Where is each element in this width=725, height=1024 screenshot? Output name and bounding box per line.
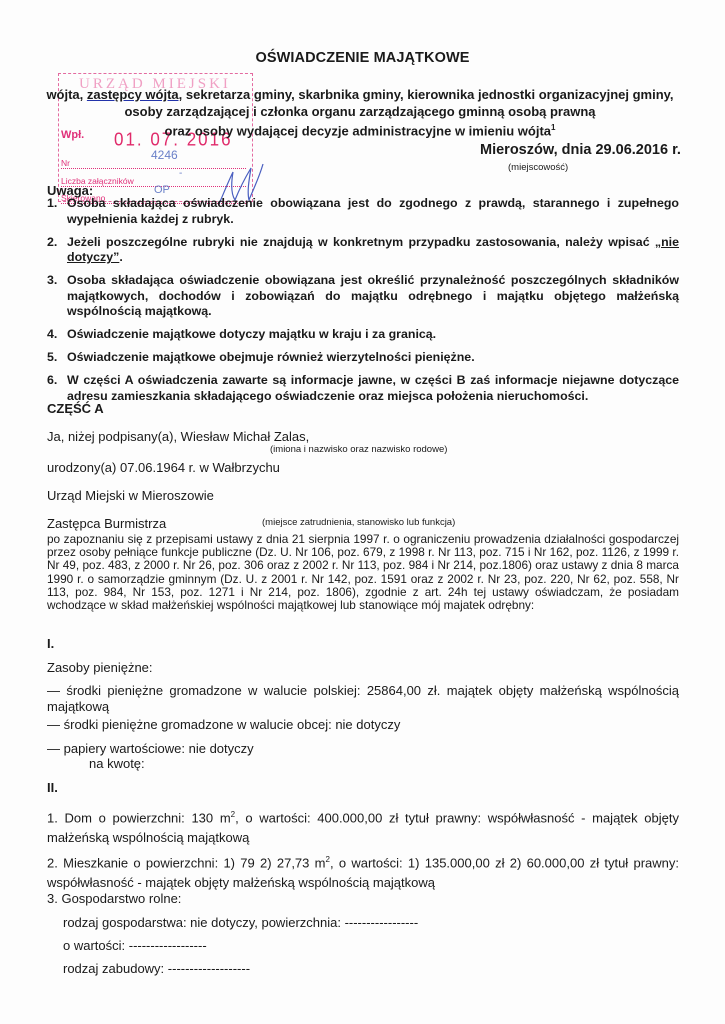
farm-type: rodzaj gospodarstwa: nie dotyczy, powier… — [63, 915, 418, 930]
note-text: Oświadczenie majątkowe obejmuje również … — [67, 350, 679, 366]
notes-list: 1. Osoba składająca oświadczenie obowiąz… — [47, 196, 679, 412]
amount-label: na kwotę: — [89, 756, 145, 771]
part-a-heading: CZĘŚĆ A — [47, 401, 104, 416]
place-date: Mieroszów, dnia 29.06.2016 r. — [480, 142, 681, 158]
position-caption: (miejsce zatrudnienia, stanowisko lub fu… — [262, 517, 455, 528]
section-1-heading: Zasoby pieniężne: — [47, 660, 153, 675]
section-2-numeral: II. — [47, 780, 58, 795]
document-page: URZĄD MIEJSKI Wpł. 01. 07. 2016 Nr 4246 … — [0, 0, 725, 1024]
subtitle-line-2: osoby zarządzającej i członka organu zar… — [40, 104, 680, 121]
place-caption: (miejscowość) — [508, 162, 568, 173]
farm-value: o wartości: ------------------ — [63, 938, 207, 953]
stamp-nr-value: 4246 — [151, 148, 178, 162]
stamp-attachments-value: - — [179, 168, 182, 179]
workplace: Urząd Miejski w Mieroszowie — [47, 488, 214, 503]
note-text: W części A oświadczenia zawarte są infor… — [67, 373, 679, 404]
subtitle-text: sekretarza gminy, skarbnika gminy, kiero… — [182, 87, 673, 102]
note-number: 6. — [47, 373, 67, 404]
note-text: Oświadczenie majątkowe dotyczy majątku w… — [67, 327, 679, 343]
note-text: Jeżeli poszczególne rubryki nie znajdują… — [67, 235, 679, 266]
declarant-line: Ja, niżej podpisany(a), Wiesław Michał Z… — [47, 429, 309, 444]
note-number: 1. — [47, 196, 67, 227]
note-text: Osoba składająca oświadczenie obowiązana… — [67, 273, 679, 320]
note-item: 3. Osoba składająca oświadczenie obowiąz… — [47, 273, 679, 320]
declarant-caption: (imiona i nazwisko oraz nazwisko rodowe) — [270, 444, 447, 455]
pln-funds-item: — środki pieniężne gromadzone w walucie … — [47, 683, 679, 715]
note-text-part: Jeżeli poszczególne rubryki nie znajdują… — [67, 235, 655, 249]
stamp-directed-value: OP — [154, 184, 170, 196]
section-1-numeral: I. — [47, 636, 54, 651]
note-text-part: . — [119, 250, 122, 264]
note-number: 3. — [47, 273, 67, 320]
house-text: 1. Dom o powierzchni: 130 m — [47, 810, 231, 825]
farm-buildings: rodzaj zabudowy: ------------------- — [63, 961, 250, 976]
law-reference-text: po zapoznaniu się z przepisami ustawy z … — [47, 533, 679, 612]
stamp-nr-label: Nr — [61, 158, 70, 168]
subtitle-text: wójta, — [46, 87, 86, 102]
securities-item: — papiery wartościowe: nie dotyczy — [47, 741, 254, 756]
note-number: 5. — [47, 350, 67, 366]
apartment-text: 2. Mieszkanie o powierzchni: 1) 79 2) 27… — [47, 855, 326, 870]
note-item: 2. Jeżeli poszczególne rubryki nie znajd… — [47, 235, 679, 266]
birth-line: urodzony(a) 07.06.1964 r. w Wałbrzychu — [47, 460, 280, 475]
subtitle-line-1: wójta, zastępcy wójta, sekretarza gminy,… — [40, 87, 680, 104]
note-item: 5. Oświadczenie majątkowe obejmuje równi… — [47, 350, 679, 366]
note-number: 4. — [47, 327, 67, 343]
foreign-funds-item: — środki pieniężne gromadzone w walucie … — [47, 717, 400, 732]
house-item: 1. Dom o powierzchni: 130 m2, o wartości… — [47, 805, 679, 848]
footnote-mark: 1 — [551, 123, 555, 132]
note-number: 2. — [47, 235, 67, 266]
note-item: 4. Oświadczenie majątkowe dotyczy majątk… — [47, 327, 679, 343]
farm-heading: 3. Gospodarstwo rolne: — [47, 891, 181, 906]
note-item: 1. Osoba składająca oświadczenie obowiąz… — [47, 196, 679, 227]
subtitle-text: oraz osoby wydającej decyzje administrac… — [165, 123, 552, 138]
document-title: OŚWIADCZENIE MAJĄTKOWE — [0, 50, 725, 66]
position: Zastępca Burmistrza — [47, 516, 166, 531]
note-text: Osoba składająca oświadczenie obowiązana… — [67, 196, 679, 227]
subtitle-underlined-text: zastępcy wójta, — [87, 87, 182, 102]
subtitle-line-3: oraz osoby wydającej decyzje administrac… — [40, 120, 680, 140]
document-subtitle: wójta, zastępcy wójta, sekretarza gminy,… — [40, 87, 680, 140]
note-item: 6. W części A oświadczenia zawarte są in… — [47, 373, 679, 404]
apartment-item: 2. Mieszkanie o powierzchni: 1) 79 2) 27… — [47, 850, 679, 893]
